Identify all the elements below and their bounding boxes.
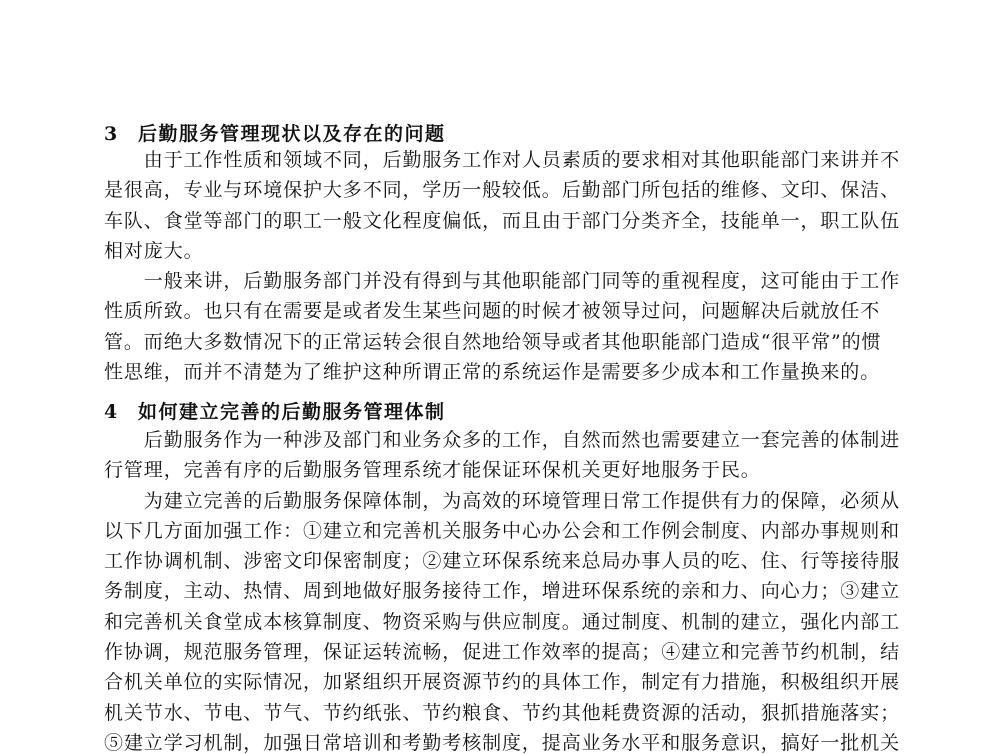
text-line: 务制度，主动、热情、周到地做好服务接待工作，增进环保系统的亲和力、向心力；③建立: [104, 576, 900, 606]
text-line-cut: ⑤建立学习机制，加强日常培训和考勤考核制度，提高业务水平和服务意识，搞好一批机关: [104, 728, 900, 754]
text-line: 管。而绝大多数情况下的正常运转会很自然地给领导或者其他职能部门造成“很平常”的惯: [104, 327, 900, 357]
text-line: 一般来讲，后勤服务部门并没有得到与其他职能部门同等的重视程度，这可能由于工作: [104, 266, 900, 296]
section-heading-4: 4如何建立完善的后勤服务管理体制: [104, 398, 446, 426]
text-line: 性质所致。也只有在需要是或者发生某些问题的时候才被领导过问，问题解决后就放任不: [104, 296, 900, 326]
section-3-body: 由于工作性质和领域不同，后勤服务工作对人员素质的要求相对其他职能部门来讲并不 是…: [104, 145, 900, 387]
text-line: 是很高，专业与环境保护大多不同，学历一般较低。后勤部门所包括的维修、文印、保洁、: [104, 175, 900, 205]
text-line: 合机关单位的实际情况，加紧组织开展资源节约的具体工作，制定有力措施，积极组织开展: [104, 667, 900, 697]
text-line: 相对庞大。: [104, 236, 900, 266]
text-line: 后勤服务作为一种涉及部门和业务众多的工作，自然而然也需要建立一套完善的体制进: [104, 425, 900, 455]
text-line: 行管理，完善有序的后勤服务管理系统才能保证环保机关更好地服务于民。: [104, 455, 900, 485]
section-heading-3: 3后勤服务管理现状以及存在的问题: [104, 120, 446, 148]
text-line: 作协调，规范服务管理，保证运转流畅，促进工作效率的提高；④建立和完善节约机制，结: [104, 637, 900, 667]
text-line: 由于工作性质和领域不同，后勤服务工作对人员素质的要求相对其他职能部门来讲并不: [104, 145, 900, 175]
text-line: 车队、食堂等部门的职工一般文化程度偏低，而且由于部门分类齐全，技能单一，职工队伍: [104, 206, 900, 236]
text-line: 和完善机关食堂成本核算制度、物资采购与供应制度。通过制度、机制的建立，强化内部工: [104, 607, 900, 637]
text-line: 机关节水、节电、节气、节约纸张、节约粮食、节约其他耗费资源的活动，狠抓措施落实；: [104, 698, 900, 728]
text-line: 以下几方面加强工作：①建立和完善机关服务中心办公会和工作例会制度、内部办事规则和: [104, 516, 900, 546]
section-title: 如何建立完善的后勤服务管理体制: [138, 401, 446, 423]
text-line: 性思维，而并不清楚为了维护这种所谓正常的系统运作是需要多少成本和工作量换来的。: [104, 357, 900, 387]
text-line: 为建立完善的后勤服务保障体制，为高效的环境管理日常工作提供有力的保障，必须从: [104, 486, 900, 516]
section-title: 后勤服务管理现状以及存在的问题: [138, 123, 446, 145]
section-number: 3: [104, 120, 138, 148]
text-line: 工作协调机制、涉密文印保密制度；②建立环保系统来总局办事人员的吃、住、行等接待服: [104, 546, 900, 576]
section-4-body: 后勤服务作为一种涉及部门和业务众多的工作，自然而然也需要建立一套完善的体制进 行…: [104, 425, 900, 754]
section-number: 4: [104, 398, 138, 426]
